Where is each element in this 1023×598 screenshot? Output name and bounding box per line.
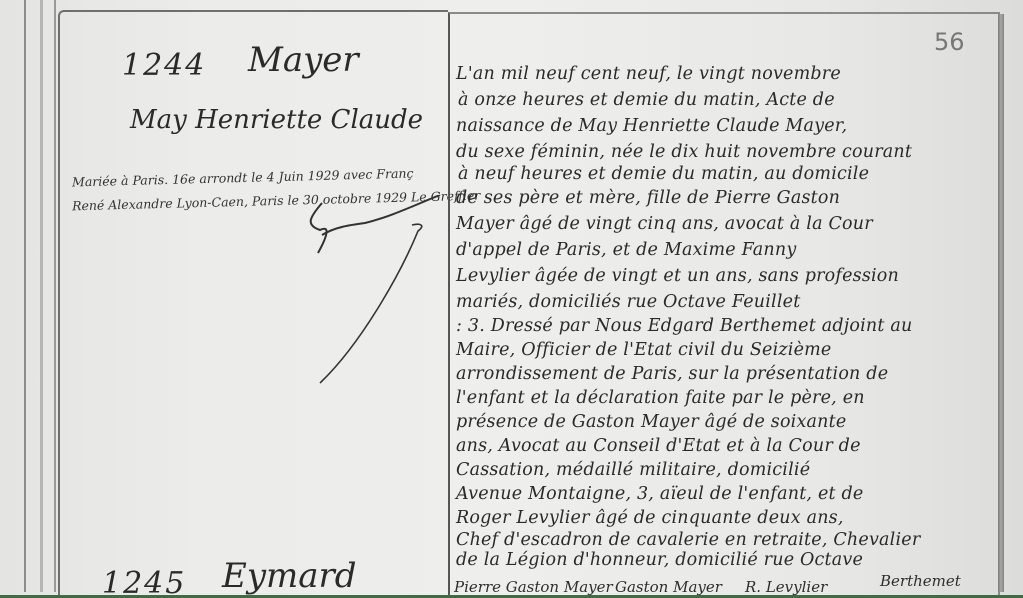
binding-line — [24, 0, 26, 592]
act-line: Avenue Montaigne, 3, aïeul de l'enfant, … — [456, 484, 863, 504]
act-line: Cassation, médaillé militaire, domicilié — [456, 460, 810, 480]
act-line: à onze heures et demie du matin, Acte de — [458, 90, 835, 110]
act-line: Chef d'escadron de cavalerie en retraite… — [456, 530, 920, 550]
signature-gaston-mayer: Gaston Mayer — [615, 578, 722, 596]
scanned-register-page: 1244 Mayer May Henriette Claude Mariée à… — [0, 0, 1023, 595]
signature-levylier: R. Levylier — [745, 578, 827, 596]
act-line: présence de Gaston Mayer âgé de soixante — [456, 412, 846, 432]
entry-given-names: May Henriette Claude — [130, 105, 423, 135]
act-line: naissance de May Henriette Claude Mayer, — [456, 116, 847, 136]
entry-surname: Eymard — [222, 556, 357, 596]
entry-number: 1245 — [102, 566, 186, 598]
entry-number: 1244 — [122, 48, 206, 83]
binding-line — [40, 0, 43, 592]
page-edge — [998, 14, 1004, 592]
act-line: l'enfant et la déclaration faite par le … — [456, 388, 865, 408]
act-line: arrondissement de Paris, sur la présenta… — [456, 364, 888, 384]
registrar-paraph-icon — [300, 195, 450, 385]
page-number: 56 — [934, 28, 965, 56]
act-line: ans, Avocat au Conseil d'Etat et à la Co… — [456, 436, 861, 456]
act-line: Roger Levylier âgé de cinquante deux ans… — [456, 508, 844, 528]
signature-berthemet: Berthemet — [880, 572, 961, 590]
act-line: du sexe féminin, née le dix huit novembr… — [456, 142, 912, 162]
act-line: de la Légion d'honneur, domicilié rue Oc… — [456, 550, 863, 570]
signature-pierre-gaston-mayer: Pierre Gaston Mayer — [454, 578, 613, 596]
act-line: Levylier âgée de vingt et un ans, sans p… — [456, 266, 899, 286]
act-line: Mayer âgé de vingt cinq ans, avocat à la… — [456, 214, 873, 234]
entry-surname: Mayer — [248, 40, 359, 80]
act-line: d'appel de Paris, et de Maxime Fanny — [456, 240, 796, 260]
act-line: : 3. Dressé par Nous Edgard Berthemet ad… — [456, 316, 912, 336]
act-line: L'an mil neuf cent neuf, le vingt novemb… — [456, 64, 841, 84]
act-line: à neuf heures et demie du matin, au domi… — [458, 164, 869, 184]
act-line: mariés, domiciliés rue Octave Feuillet — [456, 292, 800, 312]
act-line: Maire, Officier de l'Etat civil du Seizi… — [456, 340, 832, 360]
binding-line — [54, 0, 56, 592]
act-line: de ses père et mère, fille de Pierre Gas… — [456, 188, 840, 208]
